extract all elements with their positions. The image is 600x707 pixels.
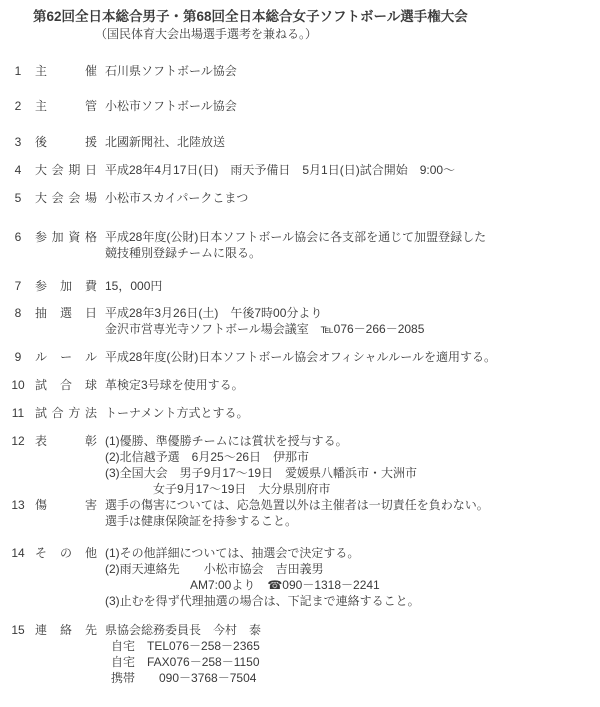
item-number: 11 (6, 405, 30, 421)
item-fee: 7 参加費 15，000円 (6, 278, 596, 294)
item-line: (2)北信越予選 6月25～26日 伊那市 (105, 449, 596, 465)
item-label: その他 (35, 545, 97, 561)
item-content: 県協会総務委員長 今村 泰 自宅 TEL076－258－2365 自宅 FAX0… (105, 622, 596, 686)
item-content: 革検定3号球を使用する。 (105, 377, 596, 393)
item-venue: 5 大会会場 小松市スカイパークこまつ (6, 190, 596, 206)
item-sponsor: 3 後援 北國新聞社、北陸放送 (6, 134, 596, 150)
item-number: 6 (6, 229, 30, 245)
item-number: 2 (6, 98, 30, 114)
item-contact: 15 連絡先 県協会総務委員長 今村 泰 自宅 TEL076－258－2365 … (6, 622, 596, 686)
item-line: (2)雨天連絡先 小松市協会 吉田義男 (105, 561, 596, 577)
item-host: 1 主催 石川県ソフトボール協会 (6, 63, 596, 79)
item-number: 4 (6, 162, 30, 178)
item-awards: 12 表彰 (1)優勝、準優勝チームには賞状を授与する。 (2)北信越予選 6月… (6, 433, 596, 497)
item-date: 4 大会期日 平成28年4月17日(日) 雨天予備日 5月1日(日)試合開始 9… (6, 162, 596, 178)
item-number: 3 (6, 134, 30, 150)
item-number: 13 (6, 497, 30, 513)
item-label: 連絡先 (35, 622, 97, 638)
item-content: 平成28年度(公財)日本ソフトボール協会オフィシャルルールを適用する。 (105, 349, 596, 365)
item-label: 主管 (35, 98, 97, 114)
item-number: 8 (6, 305, 30, 321)
item-line: 15，000円 (105, 278, 596, 294)
item-content: 平成28年4月17日(日) 雨天予備日 5月1日(日)試合開始 9:00～ (105, 162, 596, 178)
item-content: 15，000円 (105, 278, 596, 294)
item-label: 試合方法 (35, 405, 97, 421)
item-rules: 9 ルール 平成28年度(公財)日本ソフトボール協会オフィシャルルールを適用する… (6, 349, 596, 365)
item-injury: 13 傷害 選手の傷害については、応急処置以外は主催者は一切責任を負わない。 選… (6, 497, 596, 529)
item-label: 大会会場 (35, 190, 97, 206)
item-line: (1)その他詳細については、抽選会で決定する。 (105, 545, 596, 561)
item-line: 小松市ソフトボール協会 (105, 98, 596, 114)
item-label: 抽選日 (35, 305, 97, 321)
item-number: 1 (6, 63, 30, 79)
item-content: 小松市スカイパークこまつ (105, 190, 596, 206)
item-label: 大会期日 (35, 162, 97, 178)
item-number: 5 (6, 190, 30, 206)
item-label: 主催 (35, 63, 97, 79)
item-content: 平成28年度(公財)日本ソフトボール協会に各支部を通じて加盟登録した 競技種別登… (105, 229, 596, 261)
item-line: 自宅 FAX076－258－1150 (105, 654, 596, 670)
item-label: 後援 (35, 134, 97, 150)
item-line: 金沢市営専光寺ソフトボール場会議室 ℡076－266－2085 (105, 321, 596, 337)
item-line: 革検定3号球を使用する。 (105, 377, 596, 393)
item-label: ルール (35, 349, 97, 365)
item-line: トーナメント方式とする。 (105, 405, 596, 421)
item-line: 自宅 TEL076－258－2365 (105, 638, 596, 654)
item-content: 石川県ソフトボール協会 (105, 63, 596, 79)
item-line: 携帯 090－3768－7504 (105, 670, 596, 686)
item-line: 平成28年4月17日(日) 雨天予備日 5月1日(日)試合開始 9:00～ (105, 162, 596, 178)
item-line: 県協会総務委員長 今村 泰 (105, 622, 596, 638)
document-page: 第62回全日本総合男子・第68回全日本総合女子ソフトボール選手権大会 （国民体育… (0, 0, 600, 707)
item-number: 14 (6, 545, 30, 561)
item-line: 競技種別登録チームに限る。 (105, 245, 596, 261)
document-title: 第62回全日本総合男子・第68回全日本総合女子ソフトボール選手権大会 (6, 8, 596, 26)
item-line: 女子9月17～19日 大分県別府市 (105, 481, 596, 497)
item-label: 参加資格 (35, 229, 97, 245)
item-label: 参加費 (35, 278, 97, 294)
item-content: 平成28年3月26日(土) 午後7時00分より 金沢市営専光寺ソフトボール場会議… (105, 305, 596, 337)
item-organizer: 2 主管 小松市ソフトボール協会 (6, 98, 596, 114)
item-misc: 14 その他 (1)その他詳細については、抽選会で決定する。 (2)雨天連絡先 … (6, 545, 596, 609)
item-line: 選手の傷害については、応急処置以外は主催者は一切責任を負わない。 (105, 497, 596, 513)
item-line: 北國新聞社、北陸放送 (105, 134, 596, 150)
item-line: 選手は健康保険証を持参すること。 (105, 513, 596, 529)
item-line: 平成28年度(公財)日本ソフトボール協会に各支部を通じて加盟登録した (105, 229, 596, 245)
item-number: 10 (6, 377, 30, 393)
item-line: 石川県ソフトボール協会 (105, 63, 596, 79)
item-content: (1)その他詳細については、抽選会で決定する。 (2)雨天連絡先 小松市協会 吉… (105, 545, 596, 609)
item-ball: 10 試合球 革検定3号球を使用する。 (6, 377, 596, 393)
item-content: トーナメント方式とする。 (105, 405, 596, 421)
item-number: 15 (6, 622, 30, 638)
item-label: 試合球 (35, 377, 97, 393)
document-subtitle: （国民体育大会出場選手選考を兼ねる。） (6, 26, 596, 42)
item-line: 小松市スカイパークこまつ (105, 190, 596, 206)
item-lottery: 8 抽選日 平成28年3月26日(土) 午後7時00分より 金沢市営専光寺ソフト… (6, 305, 596, 337)
item-number: 7 (6, 278, 30, 294)
item-number: 12 (6, 433, 30, 449)
item-format: 11 試合方法 トーナメント方式とする。 (6, 405, 596, 421)
item-line: (3)止むを得ず代理抽選の場合は、下記まで連絡すること。 (105, 593, 596, 609)
item-label: 表彰 (35, 433, 97, 449)
item-content: (1)優勝、準優勝チームには賞状を授与する。 (2)北信越予選 6月25～26日… (105, 433, 596, 497)
item-line: (1)優勝、準優勝チームには賞状を授与する。 (105, 433, 596, 449)
item-number: 9 (6, 349, 30, 365)
item-line: AM7:00より ☎090－1318－2241 (105, 577, 596, 593)
item-content: 小松市ソフトボール協会 (105, 98, 596, 114)
item-content: 北國新聞社、北陸放送 (105, 134, 596, 150)
item-line: 平成28年3月26日(土) 午後7時00分より (105, 305, 596, 321)
item-label: 傷害 (35, 497, 97, 513)
item-content: 選手の傷害については、応急処置以外は主催者は一切責任を負わない。 選手は健康保険… (105, 497, 596, 529)
item-eligibility: 6 参加資格 平成28年度(公財)日本ソフトボール協会に各支部を通じて加盟登録し… (6, 229, 596, 261)
item-line: (3)全国大会 男子9月17～19日 愛媛県八幡浜市・大洲市 (105, 465, 596, 481)
item-line: 平成28年度(公財)日本ソフトボール協会オフィシャルルールを適用する。 (105, 349, 596, 365)
